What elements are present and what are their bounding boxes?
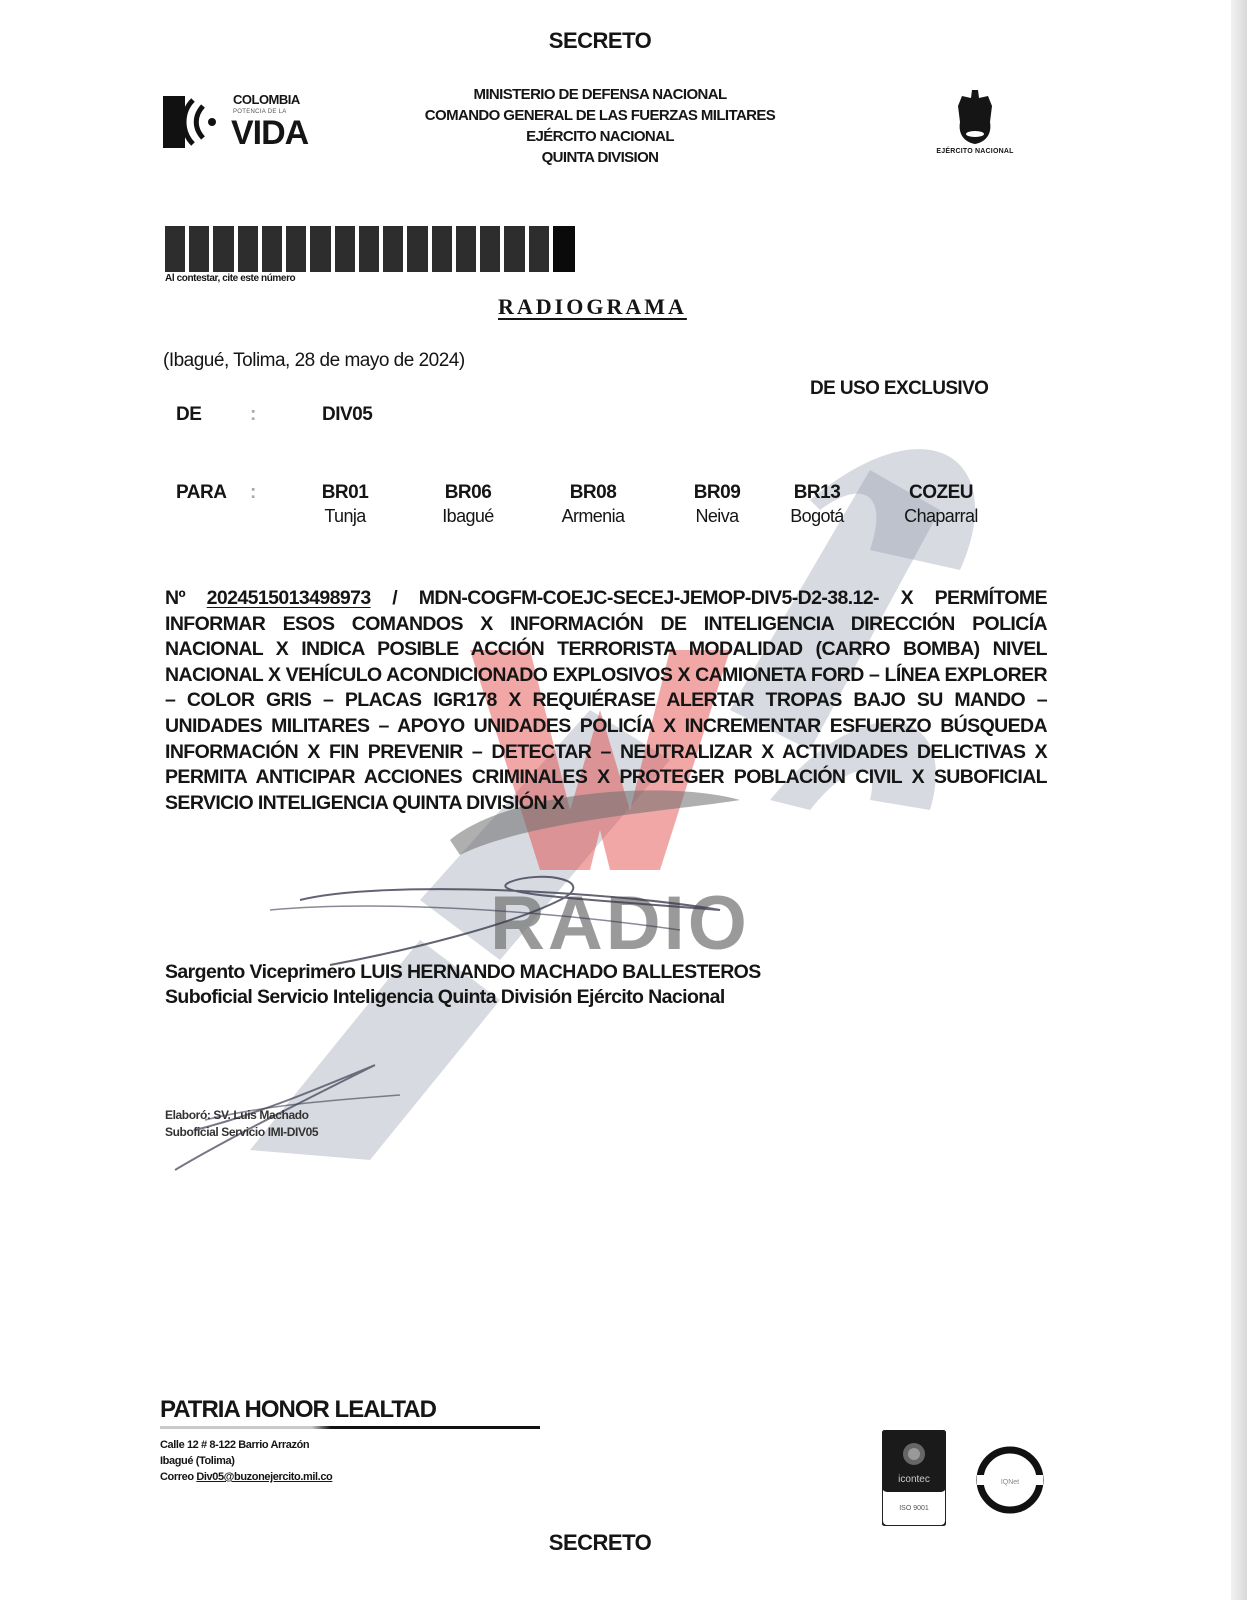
recipient: BR06 Ibagué xyxy=(413,482,523,527)
emblem-label: EJÉRCITO NACIONAL xyxy=(910,148,1040,155)
footer-motto: PATRIA HONOR LEALTAD xyxy=(160,1396,436,1424)
ejercito-nacional-logo: EJÉRCITO NACIONAL xyxy=(910,88,1040,168)
recipient-city: Chaparral xyxy=(886,506,996,527)
page-edge xyxy=(1231,0,1247,1600)
ejercito-emblem-icon xyxy=(954,88,996,148)
message-text: PERMÍTOME INFORMAR ESOS COMANDOS X INFOR… xyxy=(165,587,1047,814)
svg-text:icontec: icontec xyxy=(898,1474,930,1485)
icontec-certification-icon: icontec ISO 9001 xyxy=(882,1430,946,1526)
recipient-code: BR06 xyxy=(413,482,523,504)
address-line2: Ibagué (Tolima) xyxy=(160,1453,332,1469)
email-link[interactable]: Div05@buzonejercito.mil.co xyxy=(196,1471,332,1483)
recipient-code: BR08 xyxy=(538,482,648,504)
address-line1: Calle 12 # 8-122 Barrio Arrazón xyxy=(160,1437,332,1453)
message-body: Nº 20245150134989​73 / MDN-COGFM-COEJC-S… xyxy=(165,586,1047,816)
header-line: QUINTA DIVISION xyxy=(360,147,840,168)
recipient-code: BR09 xyxy=(662,482,772,504)
message-number: 20245150134989​73 xyxy=(207,587,371,609)
recipient-code: BR13 xyxy=(762,482,872,504)
classification-top: SECRETO xyxy=(0,28,1200,54)
header-line: MINISTERIO DE DEFENSA NACIONAL xyxy=(360,84,840,105)
signer-block: Sargento Viceprimero LUIS HERNANDO MACHA… xyxy=(165,960,761,1010)
prepared-by-line1: Elaboró: SV. Luis Machado xyxy=(165,1107,318,1124)
recipient-city: Ibagué xyxy=(413,506,523,527)
logo-line1: COLOMBIA xyxy=(233,92,300,107)
motto-divider xyxy=(160,1426,540,1429)
colombia-vida-logo: COLOMBIA POTENCIA DE LA VIDA xyxy=(163,88,333,158)
date-line: (Ibagué, Tolima, 28 de mayo de 2024) xyxy=(163,350,465,372)
signer-name: Sargento Viceprimero LUIS HERNANDO MACHA… xyxy=(165,960,761,985)
from-value: DIV05 xyxy=(322,404,372,426)
recipient: BR13 Bogotá xyxy=(762,482,872,527)
recipient-city: Bogotá xyxy=(762,506,872,527)
svg-text:ISO 9001: ISO 9001 xyxy=(899,1505,929,1512)
recipient-code: COZEU xyxy=(886,482,996,504)
message-number-prefix: Nº xyxy=(165,587,185,609)
prepared-by-line2: Suboficial Servicio IMI-DIV05 xyxy=(165,1124,318,1141)
recipient-city: Tunja xyxy=(290,506,400,527)
from-separator: : xyxy=(250,404,256,426)
prepared-by: Elaboró: SV. Luis Machado Suboficial Ser… xyxy=(165,1107,318,1141)
header-line: COMANDO GENERAL DE LAS FUERZAS MILITARES xyxy=(360,105,840,126)
email-label: Correo xyxy=(160,1471,194,1483)
recipient: COZEU Chaparral xyxy=(886,482,996,527)
colombia-potencia-de-la-vida-icon xyxy=(163,92,221,152)
signature-scribble xyxy=(180,870,740,970)
barcode xyxy=(165,226,575,272)
recipient-city: Neiva xyxy=(662,506,772,527)
iqnet-certification-icon: IQNet xyxy=(975,1445,1045,1515)
classification-bottom: SECRETO xyxy=(0,1530,1200,1556)
signer-title: Suboficial Servicio Inteligencia Quinta … xyxy=(165,985,761,1010)
recipient-city: Armenia xyxy=(538,506,648,527)
usage-note: DE USO EXCLUSIVO xyxy=(810,378,988,400)
to-separator: : xyxy=(250,482,256,504)
recipient: BR08 Armenia xyxy=(538,482,648,527)
logo-line3: VIDA xyxy=(231,114,308,153)
document-type-title: RADIOGRAMA xyxy=(498,294,687,320)
to-label: PARA xyxy=(176,482,226,504)
institution-header: MINISTERIO DE DEFENSA NACIONAL COMANDO G… xyxy=(360,84,840,168)
from-label: DE xyxy=(176,404,201,426)
svg-text:IQNet: IQNet xyxy=(1001,1479,1019,1486)
footer-address: Calle 12 # 8-122 Barrio Arrazón Ibagué (… xyxy=(160,1437,332,1485)
recipient-code: BR01 xyxy=(290,482,400,504)
email-line: Correo Div05@buzonejercito.mil.co xyxy=(160,1469,332,1485)
recipient: BR09 Neiva xyxy=(662,482,772,527)
header-line: EJÉRCITO NACIONAL xyxy=(360,126,840,147)
recipient: BR01 Tunja xyxy=(290,482,400,527)
barcode-caption: Al contestar, cite este número xyxy=(165,273,295,284)
message-reference: / MDN-COGFM-COEJC-SECEJ-JEMOP-DIV5-D2-38… xyxy=(392,587,913,609)
